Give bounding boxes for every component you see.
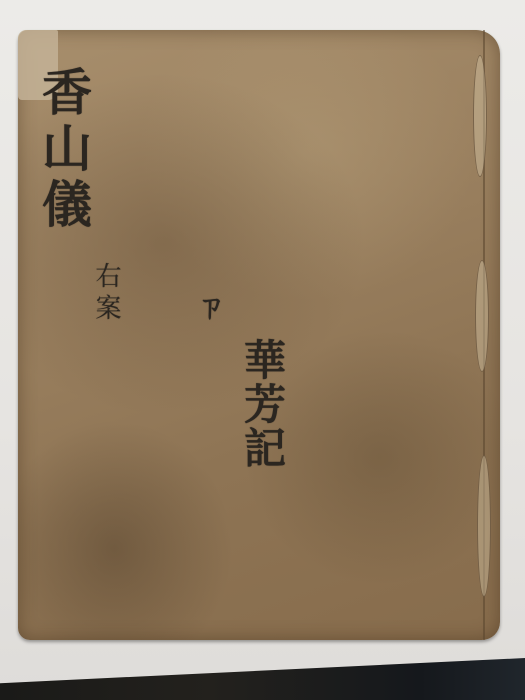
binding-stitch [477, 455, 491, 597]
owner-inscription: 華芳記 [232, 338, 292, 470]
binding-stitch [473, 55, 487, 177]
ink-mark: ㄗ [196, 282, 232, 326]
binding-stitch [475, 260, 489, 372]
cover-title: 香山儀 [38, 66, 88, 234]
cover-subtitle: 右案 [88, 262, 125, 326]
